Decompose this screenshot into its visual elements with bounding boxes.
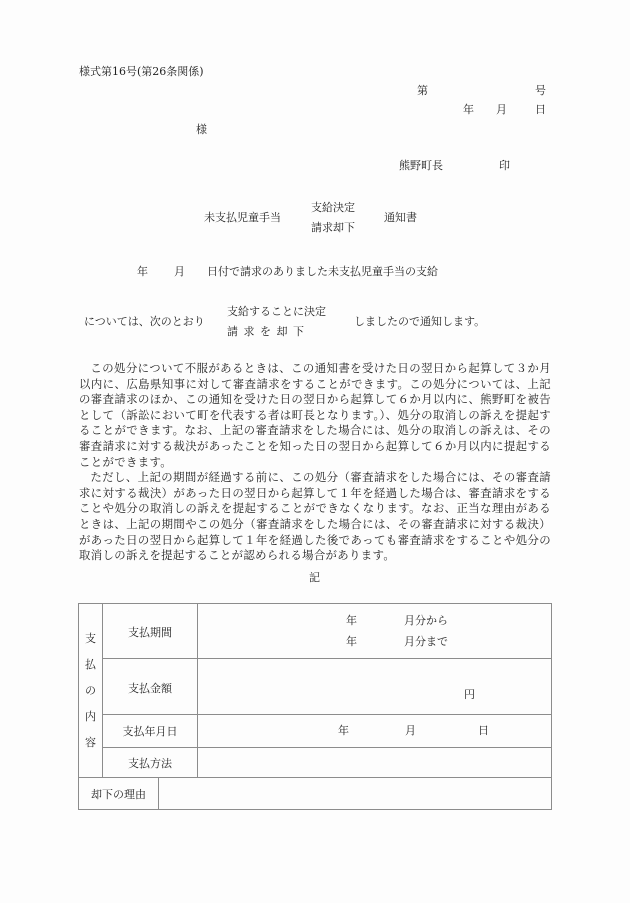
payment-date-value-cell[interactable]: 年 月 日	[198, 715, 552, 748]
period-label: 支払期間	[103, 604, 198, 659]
intro-option-reject: 請 求 を 却 下	[227, 326, 305, 337]
rejection-reason-value-cell[interactable]	[159, 778, 552, 810]
payment-date-day: 日	[478, 725, 489, 736]
payment-content-group-label: 支 払 の 内 容	[79, 604, 103, 778]
number-prefix: 第	[417, 85, 428, 96]
intro-line2-suffix: しましたので通知します。	[354, 316, 485, 327]
period-from-year: 年	[346, 615, 357, 626]
payment-method-label: 支払方法	[103, 748, 198, 778]
amount-value-cell[interactable]: 円	[198, 659, 552, 715]
period-from-month: 月分から	[404, 615, 448, 626]
intro-line2-prefix: については、次のとおり	[84, 316, 205, 327]
intro-month: 月	[174, 266, 185, 277]
number-suffix: 号	[535, 85, 546, 96]
period-value-cell[interactable]: 年 月分から 年 月分まで	[198, 604, 552, 659]
date-year: 年	[463, 104, 474, 115]
period-to-month: 月分まで	[404, 636, 448, 647]
table-row-date: 支払年月日 年 月 日	[79, 715, 552, 748]
table-row-period: 支 払 の 内 容 支払期間 年 月分から 年 月分まで	[79, 604, 552, 659]
payment-details-table: 支 払 の 内 容 支払期間 年 月分から 年 月分まで 支払金額 円 支払年月…	[78, 603, 552, 810]
table-row-rejection: 却下の理由	[79, 778, 552, 810]
title-option-grant: 支給決定	[311, 202, 355, 213]
rejection-reason-label: 却下の理由	[79, 778, 159, 810]
appeal-notice-paragraph-1: この処分について不服があるときは、この通知書を受けた日の翌日から起算して３か月以…	[79, 361, 551, 470]
table-row-method: 支払方法	[79, 748, 552, 778]
payment-date-year: 年	[338, 725, 349, 736]
issuer-name: 熊野町長	[399, 160, 443, 171]
group-label-char: の	[79, 678, 102, 704]
appeal-notice-paragraph-2: ただし、上記の期間が経過する前に、この処分（審査請求をした場合には、その審査請求…	[79, 470, 551, 564]
addressee-suffix: 様	[196, 124, 207, 135]
seal-mark: 印	[499, 160, 510, 171]
record-heading: 記	[309, 572, 320, 583]
payment-date-label: 支払年月日	[103, 715, 198, 748]
title-suffix: 通知書	[384, 212, 417, 223]
appeal-notice: この処分について不服があるときは、この通知書を受けた日の翌日から起算して３か月以…	[79, 361, 551, 564]
title-prefix: 未支払児童手当	[204, 212, 281, 223]
intro-line1-text: 日付で請求のありました未支払児童手当の支給	[207, 266, 438, 277]
intro-option-grant: 支給することに決定	[227, 306, 326, 317]
date-day: 日	[535, 104, 546, 115]
group-label-char: 払	[79, 652, 102, 678]
payment-method-value-cell[interactable]	[198, 748, 552, 778]
table-row-amount: 支払金額 円	[79, 659, 552, 715]
group-label-char: 容	[79, 730, 102, 756]
intro-year: 年	[137, 266, 148, 277]
group-label-char: 内	[79, 704, 102, 730]
title-option-reject: 請求却下	[311, 222, 355, 233]
period-to-year: 年	[346, 636, 357, 647]
payment-date-month: 月	[405, 725, 416, 736]
date-month: 月	[496, 104, 507, 115]
amount-label: 支払金額	[103, 659, 198, 715]
group-label-char: 支	[79, 626, 102, 652]
amount-unit: 円	[464, 689, 475, 700]
form-id: 様式第16号(第26条関係)	[79, 66, 204, 77]
